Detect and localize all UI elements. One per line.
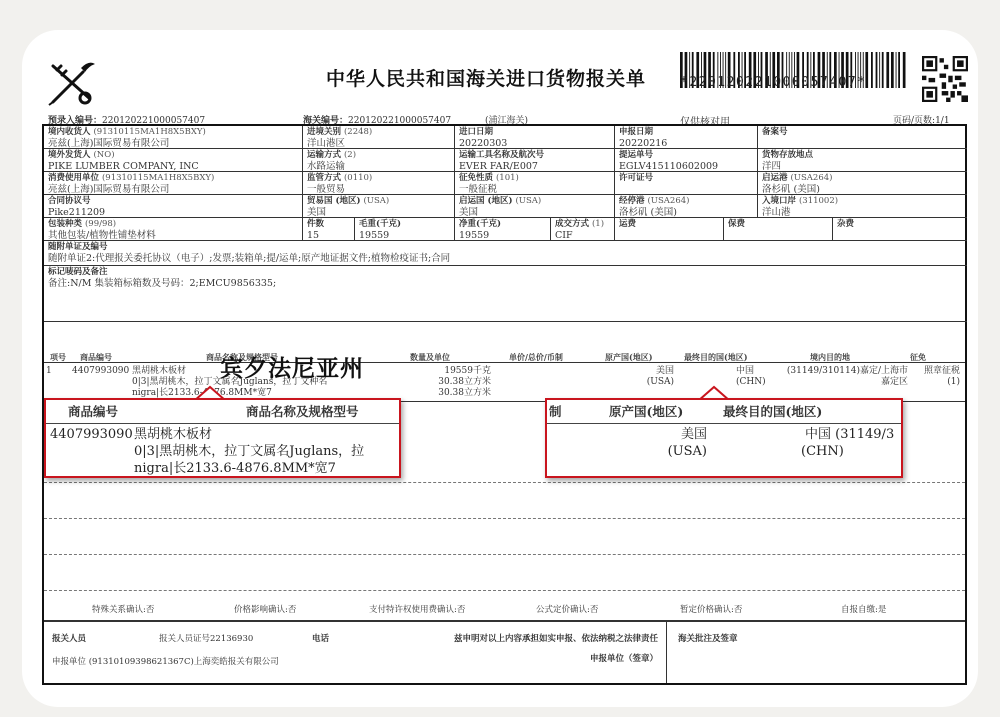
field-supervision: 监管方式 (0110) 一般贸易 [303,172,455,195]
field-consignee: 境内收货人 (91310115MA1H8X5BXY) 亮兹(上海)国际贸易有限公… [44,126,303,149]
field-gross-weight: 毛重(千克) 19559 [355,218,455,241]
goods-domestic-dest-2: 嘉定区 [756,377,908,388]
field-pieces: 件数 15 [303,218,355,241]
callout-header-tail: 制 [549,402,562,420]
footer-divider [44,620,965,622]
goods-qty-3: 30.38立方米 [424,388,491,399]
field-freight: 运费 [615,218,724,241]
field-misc-fee: 杂费 [833,218,967,241]
confirm-formula-price: 公式定价确认:否 [536,603,598,615]
field-entry-port-code: 入境口岸 (311002) 洋山港 [758,195,967,218]
goods-row-divider [44,482,965,483]
goods-qty-1: 19559千克 [424,366,491,377]
field-import-date: 进口日期 20220303 [455,126,615,149]
callout-name-line1: 黑胡桃木板材 [134,426,212,444]
field-bill-no: 提运单号 EGLV415110602009 [615,149,758,172]
callout-name-line3: nigra|长2133.6-4876.8MM*宽7 [134,460,336,478]
footer-column-divider [666,620,667,683]
field-origin-country: 启运国 (地区) (USA) 美国 [455,195,615,218]
field-insurance: 保费 [724,218,833,241]
document-title: 中华人民共和国海关进口货物报关单 [326,64,646,91]
barcode-number: *220120221000057407* [680,75,912,90]
field-contract-no: 合同协议号 Pike211209 [44,195,303,218]
field-trade-terms: 成交方式 (1) CIF [551,218,615,241]
goods-origin: 美国 [644,366,674,377]
field-vessel: 运输工具名称及航次号 EVER FAR/E007 [455,149,615,172]
overlay-state-label: 宾夕法尼亚州 [220,350,364,383]
goods-row-divider [44,554,965,555]
callout-header-dest: 最终目的国(地区) [723,402,822,420]
declarant-label: 报关人员 [52,632,86,644]
goods-origin-code: (USA) [644,377,674,388]
goods-levy-1: 照章征税 [910,366,960,377]
callout-hs-code: 4407993090 [50,426,133,444]
declaring-unit-signature: 申报单位（签章） [444,652,658,664]
declarant-cert: 报关人员证号22136930 [159,632,253,644]
confirm-self-declare: 自报自缴:是 [841,603,886,615]
goods-domestic-dest-1: (31149/310114)嘉定/上海市 [756,366,908,377]
field-trade-country: 贸易国 (地区) (USA) 美国 [303,195,455,218]
field-attached-docs: 随附单证及编号 随附单证2:代理报关委托协议（电子）;发票;装箱单;提/运单;原… [44,241,967,266]
field-levy-nature: 征免性质 (101) 一般征税 [455,172,615,195]
callout-dest: 中国 (31149/3 [805,426,894,444]
goods-hs-code: 4407993090 [72,366,129,377]
confirm-special-relation: 特殊关系确认:否 [92,603,154,615]
confirm-provisional-price: 暂定价格确认:否 [680,603,742,615]
field-consignor: 境外发货人 (NO) PIKE LUMBER COMPANY, INC [44,149,303,172]
confirm-price-influence: 价格影响确认:否 [234,603,296,615]
field-storage: 货物存放地点 洋四 [758,149,967,172]
callout-origin: 美国 [627,426,707,444]
qr-code-icon [922,56,968,102]
callout-header-name: 商品名称及规格型号 [246,402,359,420]
confirm-royalty: 支付特许权使用费确认:否 [369,603,465,615]
field-net-weight: 净重(千克) 19559 [455,218,551,241]
goods-row-divider [44,590,965,591]
customs-emblem-icon [45,58,97,106]
callout-header-origin: 原产国(地区) [609,402,683,420]
field-consumer: 消费使用单位 (91310115MA1H8X5BXY) 亮兹(上海)国际贸易有限… [44,172,303,195]
legal-statement: 兹申明对以上内容承担如实申报、依法纳税之法律责任 [444,632,658,644]
callout-origin-detail: 制 原产国(地区) 最终目的国(地区) 美国 (USA) 中国 (31149/3… [545,398,903,478]
callout-goods-detail: 商品编号 商品名称及规格型号 4407993090 黑胡桃木板材 0|3|黑胡桃… [44,398,401,478]
goods-row-divider [44,518,965,519]
goods-destination: 中国 [736,366,754,377]
callout-dest-code: (CHN) [801,443,844,461]
field-declare-date: 申报日期 20220216 [615,126,758,149]
field-departure-port: 启运港 (USA264) 洛杉矶 (美国) [758,172,967,195]
field-transport-mode: 运输方式 (2) 水路运输 [303,149,455,172]
field-marks: 标记唛码及备注 备注:N/M 集装箱标箱数及号码：2;EMCU9856335; [44,266,967,322]
callout-name-line2: 0|3|黑胡桃木，拉丁文属名Juglans，拉 [134,443,364,461]
field-entry-port: 进境关别 (2248) 洋山港区 [303,126,455,149]
goods-qty-2: 30.38立方米 [424,377,491,388]
field-record-no: 备案号 [758,126,967,149]
declaring-unit: 申报单位 (91310109398621367C)上海奕皓报关有限公司 [52,655,279,667]
callout-header-code: 商品编号 [68,402,118,420]
goods-header-divider [44,362,965,363]
phone-label: 电话 [312,632,329,644]
field-license-no: 许可证号 [615,172,758,195]
goods-item-no: 1 [46,366,52,377]
goods-name-line1: 黑胡桃木板材 [132,366,186,377]
callout-origin-code: (USA) [627,443,707,461]
customs-approval: 海关批注及签章 [678,632,738,644]
field-packing: 包装种类 (99/98) 其他包装/植物性铺垫材料 [44,218,303,241]
goods-levy-2: (1) [910,377,960,388]
field-transit-port: 经停港 (USA264) 洛杉矶 (美国) [615,195,758,218]
